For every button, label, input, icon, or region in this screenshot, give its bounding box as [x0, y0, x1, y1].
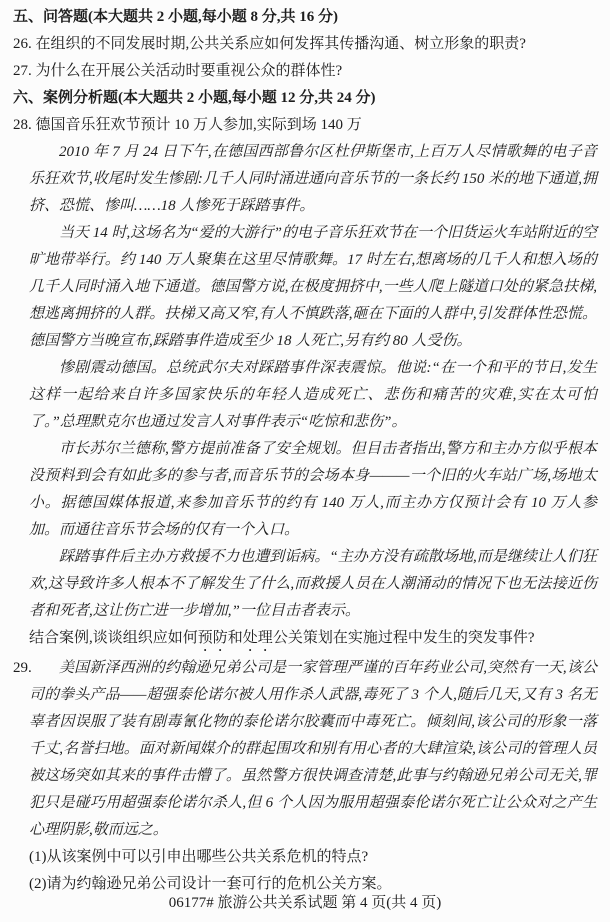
q28-paragraph-3: 惨剧震动德国。总统武尔夫对踩踏事件深表震惊。他说:“在一个和平的节日,发生这样一…: [29, 355, 597, 436]
page-footer: 06177# 旅游公共关系试题 第 4 页(共 4 页): [0, 890, 610, 917]
q28-summary-question-text: 结合案例,谈谈组织应如何: [29, 630, 198, 646]
question-27: 27. 为什么在开展公关活动时要重视公众的群体性?: [13, 58, 597, 85]
question-29-subquestion-1: (1)从该案例中可以引申出哪些公共关系危机的特点?: [29, 844, 597, 871]
question-29-body: 美国新泽西洲的约翰逊兄弟公司是一家管理严谨的百年药业公司,突然有一天,该公司的拳…: [29, 655, 597, 844]
q28-summary-conjunction: 和: [228, 630, 243, 646]
question-29-number: 29.: [13, 655, 32, 682]
question-28-case-text: 2010 年 7 月 24 日下午,在德国西部鲁尔区杜伊斯堡市,上百万人尽情歌舞…: [29, 139, 597, 655]
q28-paragraph-4: 市长苏尔兰德称,警方提前准备了安全规划。但目击者指出,警方和主办方似乎根本没预料…: [29, 436, 597, 544]
q28-paragraph-2: 当天 14 时,这场名为“爱的大游行”的电子音乐狂欢节在一个旧货运火车站附近的空…: [29, 220, 597, 355]
section-heading-6: 六、案例分析题(本大题共 2 小题,每小题 12 分,共 24 分): [13, 85, 597, 112]
emphasized-word-yufang: 预防: [198, 630, 228, 646]
q28-summary-question: 结合案例,谈谈组织应如何预防和处理公关策划在实施过程中发生的突发事件?: [29, 625, 597, 655]
emphasized-word-chuli: 处理: [243, 630, 273, 646]
exam-page: 五、问答题(本大题共 2 小题,每小题 8 分,共 16 分) 26. 在组织的…: [0, 0, 610, 922]
q28-paragraph-5: 踩踏事件后主办方救援不力也遭到诟病。“主办方没有疏散场地,而是继续让人们狂欢,这…: [29, 544, 597, 625]
question-28-title: 28. 德国音乐狂欢节预计 10 万人参加,实际到场 140 万: [13, 112, 597, 139]
question-29: 29. 美国新泽西洲的约翰逊兄弟公司是一家管理严谨的百年药业公司,突然有一天,该…: [29, 655, 597, 844]
q28-paragraph-1: 2010 年 7 月 24 日下午,在德国西部鲁尔区杜伊斯堡市,上百万人尽情歌舞…: [29, 139, 597, 220]
section-heading-5: 五、问答题(本大题共 2 小题,每小题 8 分,共 16 分): [13, 4, 597, 31]
q28-summary-question-tail: 公关策划在实施过程中发生的突发事件?: [273, 630, 535, 646]
question-26: 26. 在组织的不同发展时期,公共关系应如何发挥其传播沟通、树立形象的职责?: [13, 31, 597, 58]
